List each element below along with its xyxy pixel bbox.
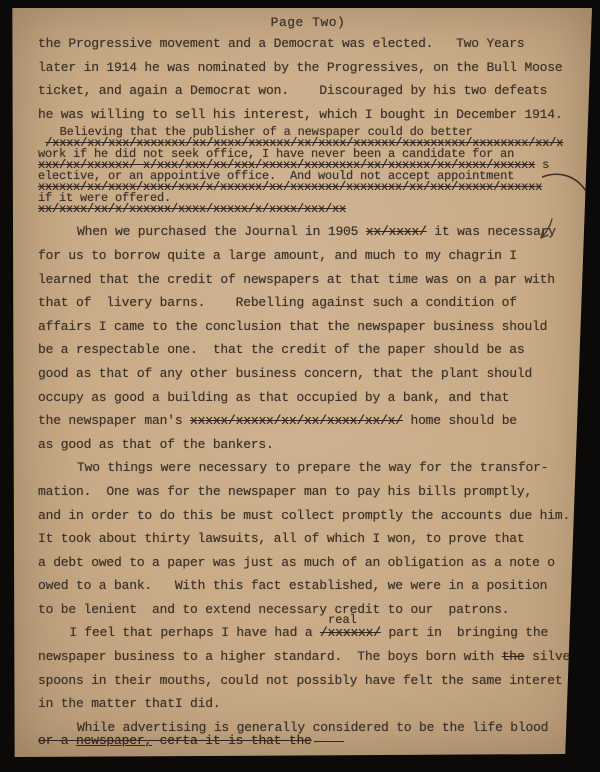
- text-line: spoons in their mouths, could not possib…: [38, 669, 578, 693]
- text-segment: the newspaper man's: [38, 413, 190, 428]
- text-segment: I feel that perhaps I have had a: [69, 625, 320, 640]
- text-line: Two things were necessary to prepare the…: [38, 456, 578, 480]
- struck-text: the: [502, 649, 525, 664]
- text-segment: a debt owed to a paper was just as much …: [38, 555, 555, 570]
- text-segment: learned that the credit of newspapers at…: [38, 272, 555, 287]
- struck-text: certa it is that the: [152, 733, 312, 748]
- text-line: xx/xxxx/xx/x/xxxxxx/xxxx/xxxxx/x/xxxx/xx…: [38, 204, 578, 214]
- text-line: newspaper business to a higher standard.…: [38, 645, 578, 669]
- text-line: that of livery barns. Rebelling against …: [38, 291, 578, 315]
- text-segment: It took about thirty lawsuits, all of wh…: [38, 531, 524, 546]
- text-segment: as good as that of the bankers.: [38, 437, 274, 452]
- text-line: ticket, and again a Democrat won. Discou…: [38, 79, 578, 103]
- text-line: and in order to do this be must collect …: [38, 504, 578, 528]
- text-segment: home should be: [403, 413, 517, 428]
- text-segment: newspaper business to a higher standard.…: [38, 649, 502, 664]
- text-segment: ticket, and again a Democrat won. Discou…: [38, 83, 547, 98]
- struck-text: xx/xxxx/: [366, 224, 427, 239]
- text-segment: occupy as good a building as that occupi…: [38, 390, 509, 405]
- text-segment: for us to borrow quite a large amount, a…: [38, 248, 517, 263]
- scan-background: { "page": { "title": "Page Two)" }, "col…: [0, 0, 600, 772]
- interline-correction: real: [328, 609, 357, 633]
- typewritten-text: the Progressive movement and a Democrat …: [38, 32, 578, 753]
- text-segment: Two things were necessary to prepare the…: [77, 460, 548, 475]
- text-segment: in the matter thatI did.: [38, 696, 220, 711]
- document-page: Page Two) the Progressive movement and a…: [10, 8, 592, 757]
- text-line: It took about thirty lawsuits, all of wh…: [38, 527, 578, 551]
- struck-text: xx/xxxx/xx/x/xxxxxx/xxxx/xxxxx/x/xxxx/xx…: [38, 202, 346, 216]
- struck-text: or a: [38, 733, 76, 748]
- text-line: he was willing to sell his interest, whi…: [38, 103, 578, 127]
- text-segment: be a respectable one. that the credit of…: [38, 342, 524, 357]
- text-segment: mation. One was for the newspaper man to…: [38, 484, 532, 499]
- struck-text: /xxxxxx/real: [320, 621, 381, 645]
- text-line: the newspaper man's xxxxx/xxxxx/xx/xx/xx…: [38, 409, 578, 433]
- text-segment: and in order to do this be must collect …: [38, 508, 570, 523]
- text-segment: later in 1914 he was nominated by the Pr…: [38, 60, 563, 75]
- text-line: mation. One was for the newspaper man to…: [38, 480, 578, 504]
- text-segment: that of livery barns. Rebelling against …: [38, 295, 517, 310]
- text-segment: When we purchased the Journal in 1905: [77, 224, 366, 239]
- text-line: to be lenient and to extend necessary cr…: [38, 598, 578, 622]
- text-line: When we purchased the Journal in 1905 xx…: [38, 220, 578, 244]
- text-line: a debt owed to a paper was just as much …: [38, 551, 578, 575]
- struck-text: xxxxx/xxxxx/xx/xx/xxxx/xx/x/: [190, 413, 403, 428]
- text-segment: owed to a bank. With this fact establish…: [38, 578, 547, 593]
- text-line: the Progressive movement and a Democrat …: [38, 32, 578, 56]
- text-line: later in 1914 he was nominated by the Pr…: [38, 56, 578, 80]
- struck-text: newspaper,: [76, 733, 152, 748]
- text-line: occupy as good a building as that occupi…: [38, 386, 578, 410]
- text-segment: it was necessary: [427, 224, 556, 239]
- text-line: affairs I came to the conclusion that th…: [38, 315, 578, 339]
- page-content: Page Two) the Progressive movement and a…: [38, 14, 578, 753]
- text-segment: good as that of any other business conce…: [38, 366, 532, 381]
- text-segment: to be lenient and to extend necessary cr…: [38, 602, 509, 617]
- text-line: owed to a bank. With this fact establish…: [38, 574, 578, 598]
- page-title: Page Two): [38, 14, 578, 32]
- text-segment: part in bringing the: [381, 625, 548, 640]
- text-segment: silver: [525, 649, 578, 664]
- text-line: I feel that perhaps I have had a /xxxxxx…: [38, 621, 578, 645]
- text-line: be a respectable one. that the credit of…: [38, 338, 578, 362]
- text-segment: s: [535, 158, 549, 172]
- text-line: for us to borrow quite a large amount, a…: [38, 244, 578, 268]
- text-line: good as that of any other business conce…: [38, 362, 578, 386]
- text-line: in the matter thatI did.: [38, 692, 578, 716]
- text-segment: spoons in their mouths, could not possib…: [38, 673, 563, 688]
- text-segment: he was willing to sell his interest, whi…: [38, 107, 563, 122]
- text-line: as good as that of the bankers.: [38, 433, 578, 457]
- text-segment: affairs I came to the conclusion that th…: [38, 319, 547, 334]
- text-line: learned that the credit of newspapers at…: [38, 268, 578, 292]
- text-segment: the Progressive movement and a Democrat …: [38, 36, 524, 51]
